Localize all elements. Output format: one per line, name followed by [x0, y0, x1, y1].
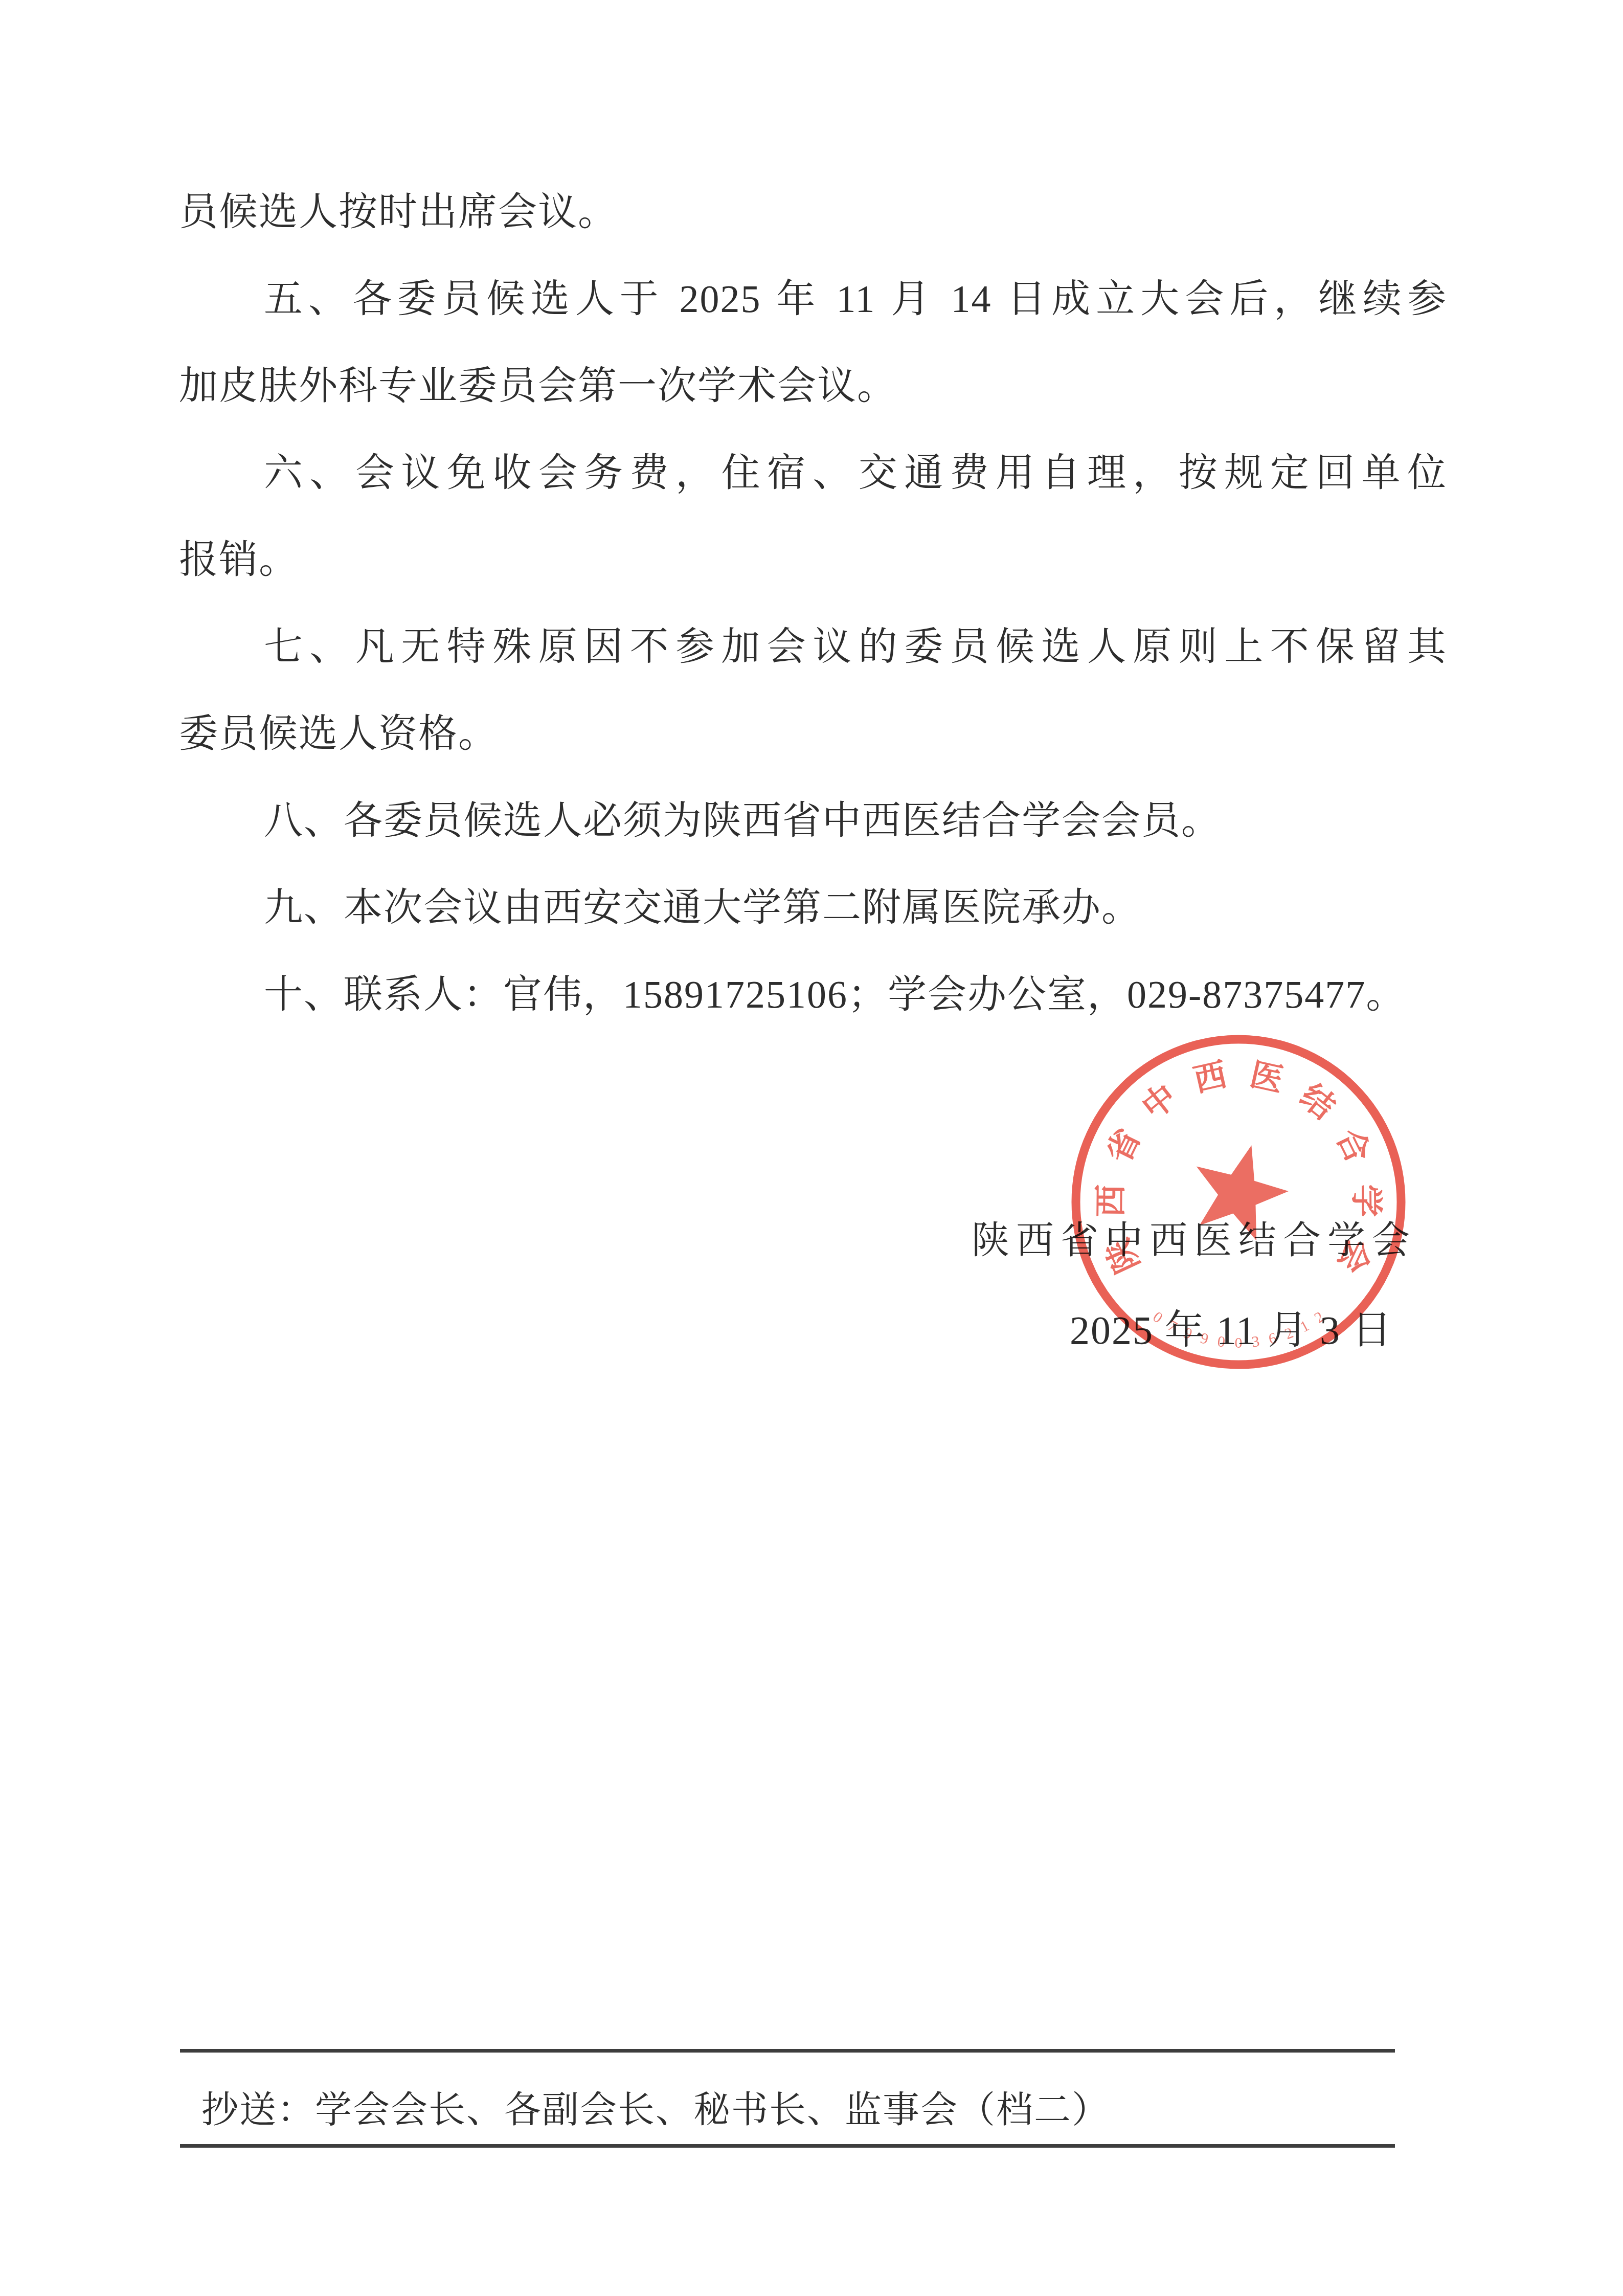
- body-line-10: 十、联系人：官伟，15891725106；学会办公室，029-87375477。: [179, 951, 1447, 1038]
- body-line-1: 员候选人按时出席会议。: [179, 169, 1447, 256]
- body-line-8: 八、各委员候选人必须为陕西省中西医结合学会会员。: [179, 777, 1447, 864]
- cc-line: 抄送：学会会长、各副会长、秘书长、监事会（档二）: [201, 2080, 1110, 2133]
- body-line-5: 报销。: [179, 517, 1447, 604]
- seal-serial-number: 07990036212: [1149, 1308, 1327, 1351]
- svg-text:医: 医: [1247, 1056, 1287, 1099]
- body-line-6: 七、凡无特殊原因不参加会议的委员候选人原则上不保留其: [179, 604, 1447, 690]
- body-line-4: 六、会议免收会务费，住宿、交通费用自理，按规定回单位: [179, 430, 1447, 517]
- svg-text:中: 中: [1135, 1078, 1183, 1126]
- svg-text:9: 9: [1181, 1324, 1194, 1343]
- svg-text:0: 0: [1149, 1308, 1165, 1327]
- svg-text:西: 西: [1190, 1056, 1230, 1099]
- svg-text:1: 1: [1297, 1317, 1312, 1335]
- svg-text:西: 西: [1093, 1184, 1130, 1217]
- svg-text:陕: 陕: [1099, 1233, 1146, 1278]
- document-page: 员候选人按时出席会议。 五、各委员候选人于 2025 年 11 月 14 日成立…: [0, 0, 1623, 2296]
- svg-text:学: 学: [1348, 1184, 1385, 1217]
- svg-text:6: 6: [1267, 1329, 1278, 1348]
- official-seal: 陕西省中西医结合学会 07990036212: [1065, 1028, 1412, 1376]
- body-line-7: 委员候选人资格。: [179, 690, 1447, 777]
- svg-text:9: 9: [1199, 1329, 1210, 1348]
- svg-text:合: 合: [1329, 1123, 1377, 1169]
- body-line-9: 九、本次会议由西安交通大学第二附属医院承办。: [179, 864, 1447, 951]
- svg-text:3: 3: [1251, 1333, 1260, 1351]
- svg-text:会: 会: [1331, 1233, 1377, 1278]
- body-line-3: 加皮肤外科专业委员会第一次学术会议。: [179, 343, 1447, 430]
- svg-text:结: 结: [1294, 1078, 1342, 1126]
- svg-text:0: 0: [1216, 1333, 1226, 1351]
- svg-text:0: 0: [1235, 1334, 1243, 1351]
- notice-body: 员候选人按时出席会议。 五、各委员候选人于 2025 年 11 月 14 日成立…: [179, 169, 1447, 1038]
- footer-rule-bottom: [180, 2144, 1395, 2148]
- svg-text:2: 2: [1282, 1324, 1296, 1343]
- svg-text:2: 2: [1311, 1308, 1327, 1327]
- footer-rule-top: [180, 2049, 1395, 2053]
- svg-text:7: 7: [1165, 1317, 1180, 1335]
- star-icon: [1197, 1145, 1289, 1240]
- body-line-2: 五、各委员候选人于 2025 年 11 月 14 日成立大会后，继续参: [179, 256, 1447, 343]
- svg-text:省: 省: [1100, 1123, 1147, 1169]
